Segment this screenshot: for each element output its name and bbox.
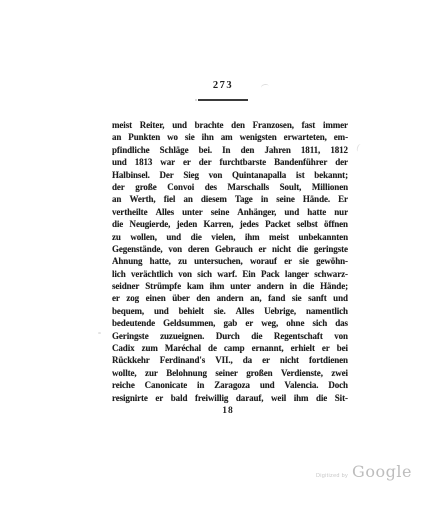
scanned-book-page: 273 meistReiter,undbrachtedenFranzosen,f… (0, 0, 448, 512)
text-line: Gegenstände,vonderenGebrauchernichtdiege… (112, 243, 348, 255)
page-number: 273 (198, 80, 248, 91)
text-line: erzogeinenüberdenandernan,fandsiesanftun… (112, 292, 348, 304)
scan-artifact (260, 83, 269, 91)
text-line: Halbinsel.DerSiegvonQuintanapallaistbeka… (112, 169, 348, 181)
scan-artifact (356, 143, 363, 152)
text-line: dieNeugierde,jedenKarren,jedesPacketselb… (112, 218, 348, 230)
text-line: pfindlicheSchlägebei.IndenJahren1811,181… (112, 144, 348, 156)
text-line: dergroßeConvoidesMarschallsSoult,Million… (112, 181, 348, 193)
text-line: resignirteerbaldfreiwilligdarauf,weilihm… (112, 392, 348, 404)
text-line: lichverächtlichvonsichwarf.EinPacklanger… (112, 268, 348, 280)
text-line: zuwollen,unddievielen,ihmmeistunbekannte… (112, 231, 348, 243)
text-line: anPunktenwosieihnamwenigstenerwarteten,e… (112, 131, 348, 143)
text-line: reicheCanonicateinZaragozaundValencia.Do… (112, 379, 348, 391)
scan-artifact (98, 332, 101, 334)
body-text-block: meistReiter,undbrachtedenFranzosen,fasti… (112, 119, 348, 404)
text-line: CadixzumMaréchaldecampernannt,erhielterb… (112, 342, 348, 354)
text-line: anWerth,fielandiesemTageinseineHände.Er (112, 193, 348, 205)
digitized-watermark: Digitized by Google (316, 462, 436, 481)
text-line: meistReiter,undbrachtedenFranzosen,fasti… (112, 119, 348, 131)
text-line: bedeutendeGeldsummen,gaberweg,ohnesichda… (112, 317, 348, 329)
google-logo: Google (352, 462, 412, 481)
text-line: Geringstezuzueignen.DurchdieRegentschaft… (112, 330, 348, 342)
scan-artifact (195, 99, 197, 101)
text-line: und1813warerderfurchtbarsteBandenführerd… (112, 156, 348, 168)
text-line: vertheilteAllesunterseineAnhänger,undhat… (112, 206, 348, 218)
digitized-by-label: Digitized by (316, 473, 348, 479)
header-rule (198, 99, 248, 101)
text-line: wollte,zurBelohnungseinergroßenVerdienst… (112, 367, 348, 379)
text-line: Ahnunghatte,zuuntersuchen,woraufersiegew… (112, 255, 348, 267)
text-line: RückkehrFerdinand'sVII.,daernichtfortdie… (112, 354, 348, 366)
text-line: bequem,undbehieltsie.AllesUebrige,nament… (112, 305, 348, 317)
text-line: seidnerStrümpfekamihmunterandernindieHän… (112, 280, 348, 292)
signature-mark: 18 (198, 406, 258, 416)
